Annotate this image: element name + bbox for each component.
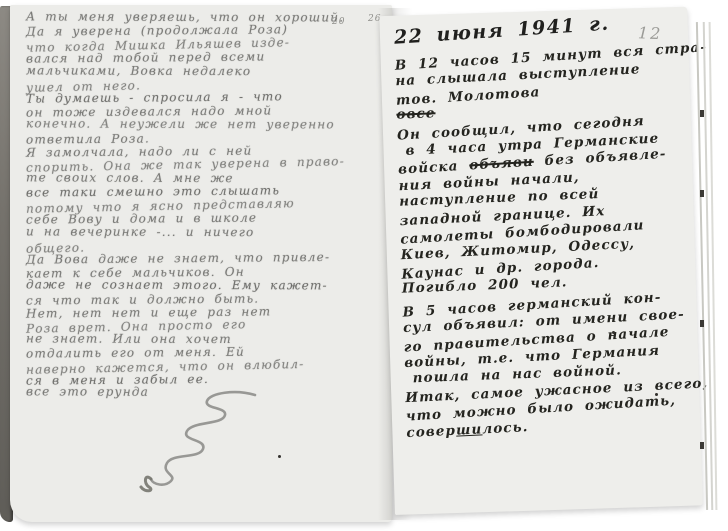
- scan-speck: [278, 455, 281, 458]
- diary-scan: 20 26. А ты меня уверяешь, что он хороши…: [0, 0, 728, 531]
- page-edge-mark: [700, 442, 704, 449]
- underlined-letters: ши: [456, 421, 483, 438]
- scan-speck: [612, 331, 615, 334]
- line-text: лось.: [482, 419, 529, 437]
- page-edge-mark: [700, 190, 704, 197]
- page-edge-lines: [700, 22, 720, 510]
- line-text: совер: [406, 422, 456, 440]
- strikethrough-word: объяви: [469, 154, 534, 174]
- page-edge-mark: [700, 320, 704, 327]
- pencil-scribble: [115, 387, 265, 497]
- left-page: 20 26. А ты меня уверяешь, что он хороши…: [10, 5, 392, 522]
- pencil-diary-text: А ты меня уверяешь, что он хороший. Да я…: [26, 11, 386, 400]
- scan-speck: [655, 393, 658, 396]
- strikethrough-word: овсе: [396, 105, 436, 122]
- right-page: 12 22 июня 1941 г. В 12 часов 15 минут в…: [379, 7, 703, 515]
- ink-diary-text: 22 июня 1941 г. В 12 часов 15 минут вся …: [394, 13, 695, 440]
- page-edge-mark: [700, 110, 704, 117]
